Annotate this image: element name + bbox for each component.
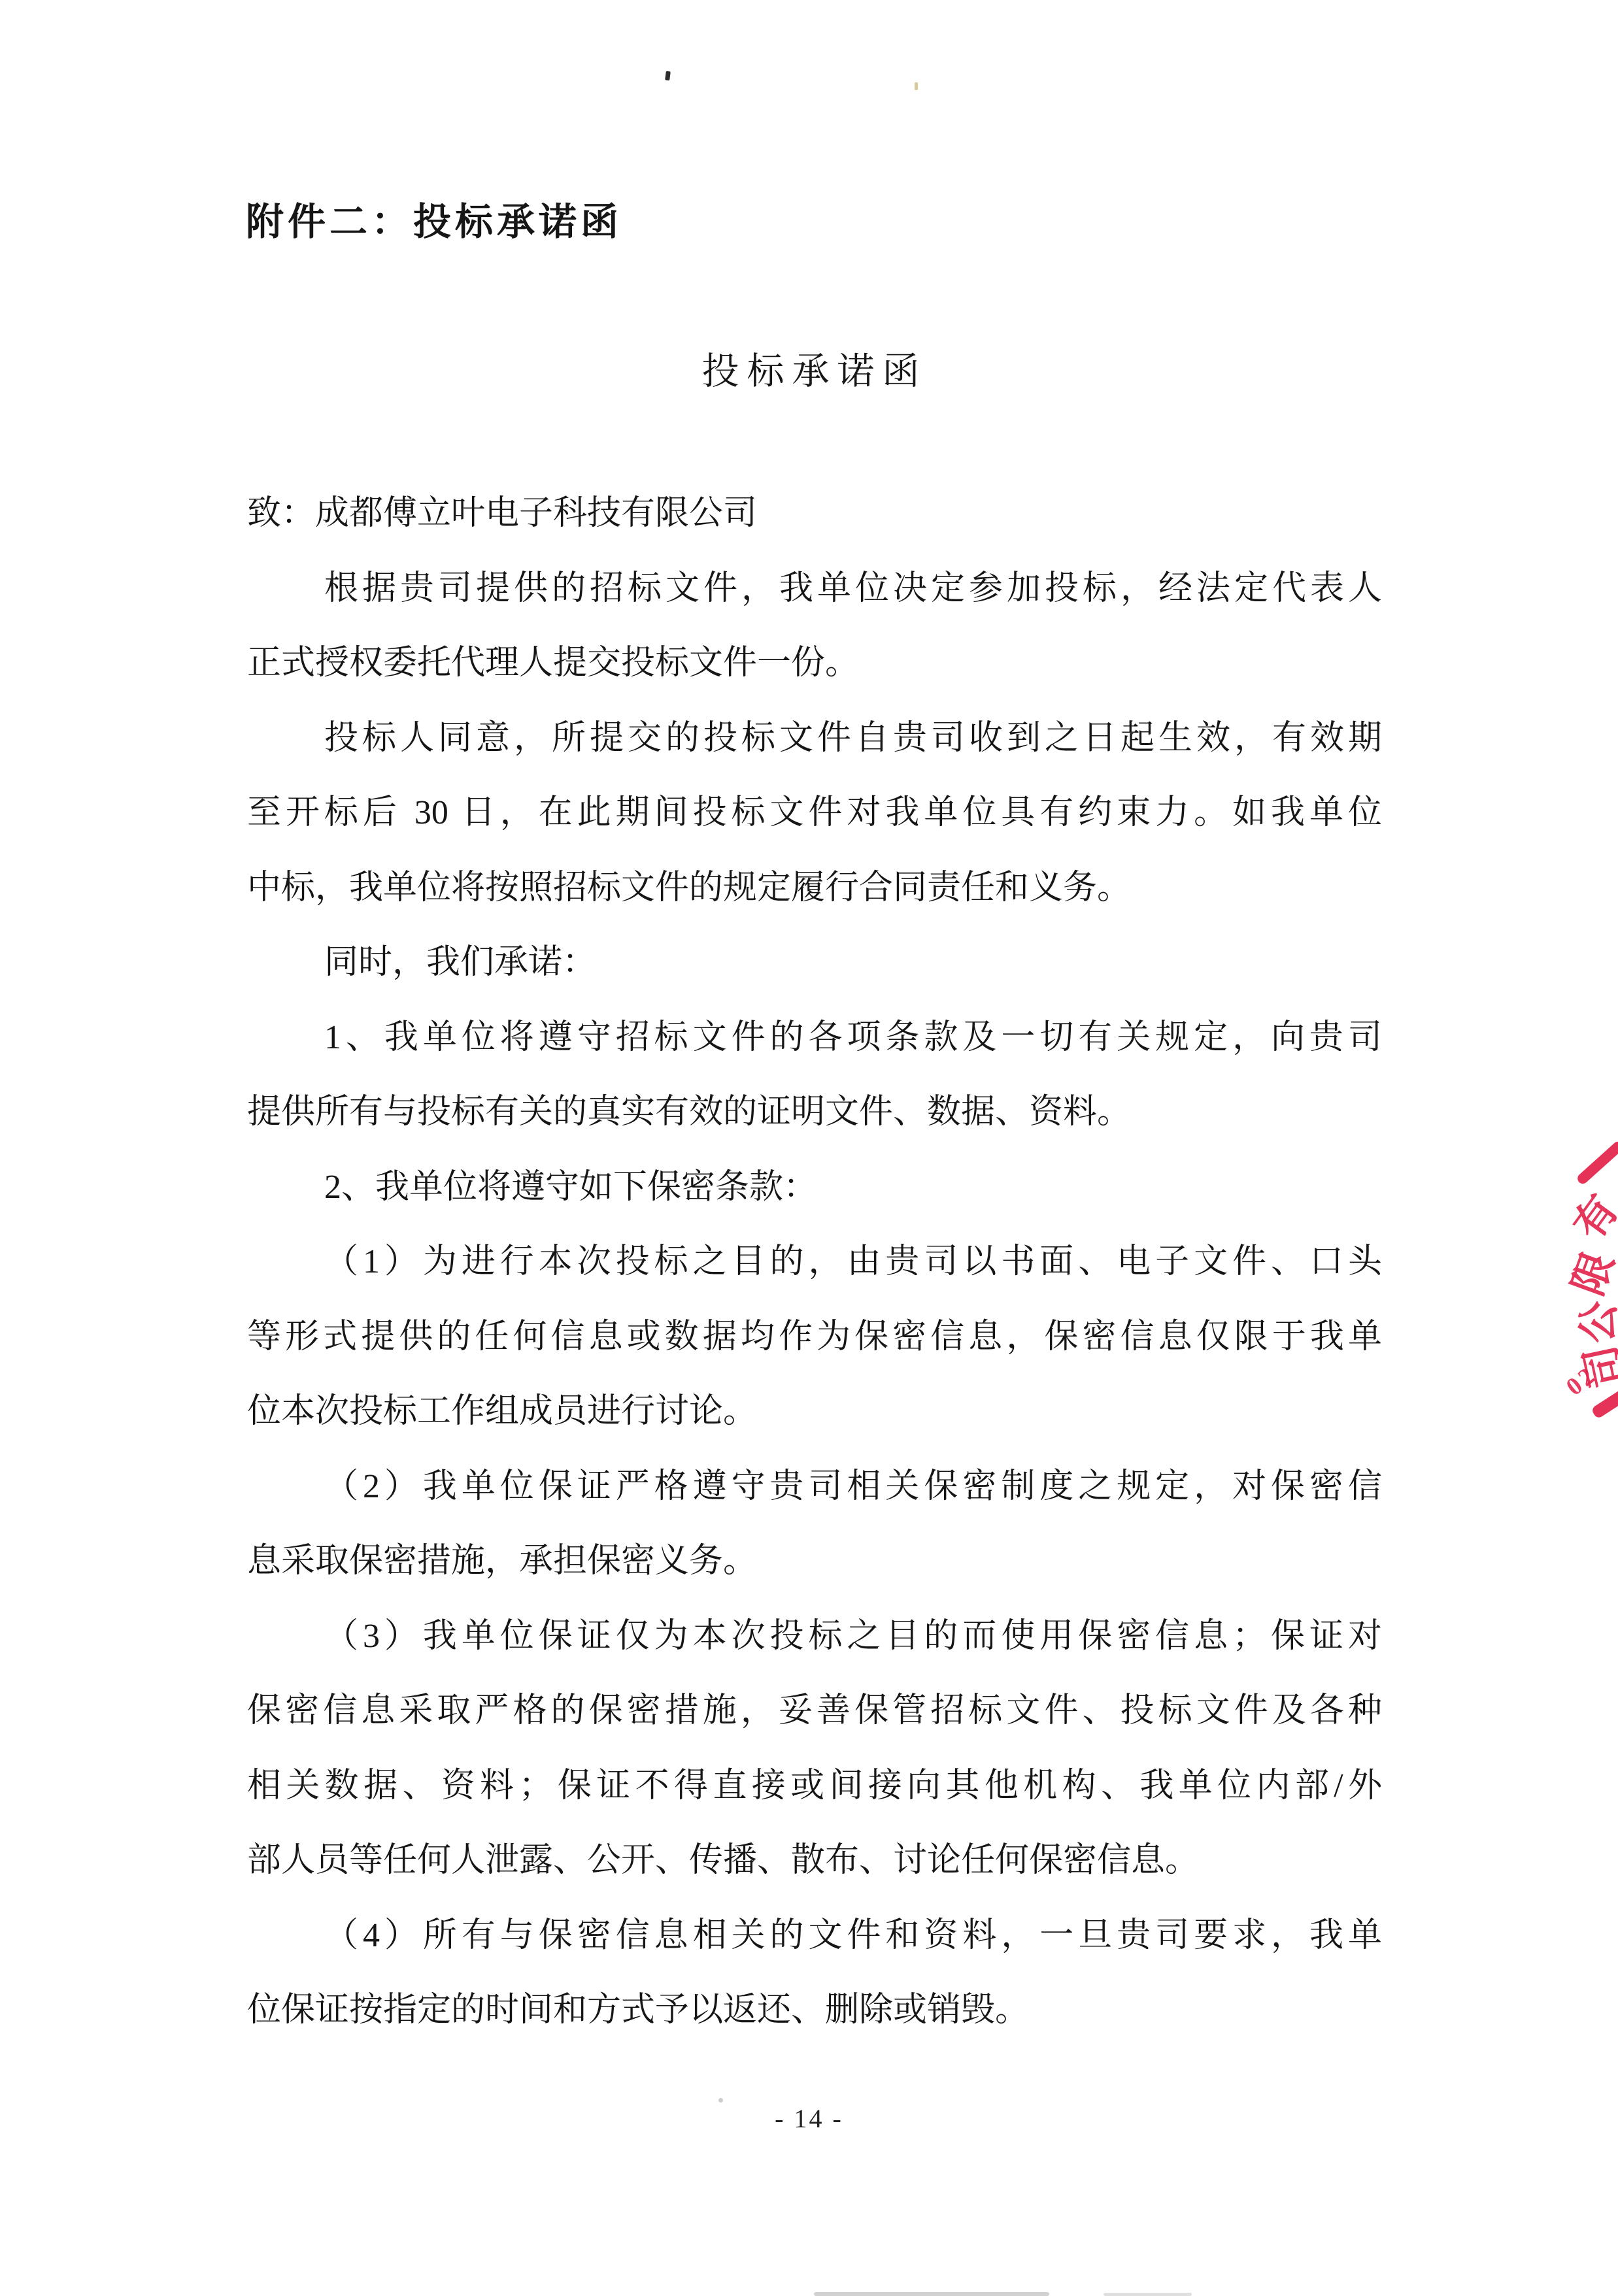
stamp-character: 有 xyxy=(1567,1188,1618,1246)
letter-title: 投标承诺函 xyxy=(247,341,1382,395)
body-line: （4）所有与保密信息相关的文件和资料，一旦贵司要求，我单 xyxy=(247,1899,1382,1974)
scan-smudge xyxy=(814,2292,1049,2296)
scan-speck xyxy=(915,82,918,90)
body-line: 投标人同意，所提交的投标文件自贵司收到之日起生效，有效期 xyxy=(247,701,1382,776)
scanned-document-page: 附件二：投标承诺函 投标承诺函 致：成都傅立叶电子科技有限公司根据贵司提供的招标… xyxy=(0,0,1618,2296)
body-line: 等形式提供的任何信息或数据均作为保密信息，保密信息仅限于我单 xyxy=(247,1300,1382,1375)
attachment-heading: 附件二：投标承诺函 xyxy=(246,191,622,246)
stamp-character: 司 xyxy=(1579,1342,1618,1391)
body-line: （3）我单位保证仅为本次投标之目的而使用保密信息；保证对 xyxy=(247,1599,1382,1674)
body-line: 正式授权委托代理人提交投标文件一份。 xyxy=(247,626,1382,701)
body-line: 2、我单位将遵守如下保密条款： xyxy=(247,1150,1382,1225)
body-line: 位本次投标工作组成员进行讨论。 xyxy=(247,1374,1382,1450)
body-line: （1）为进行本次投标之目的，由贵司以书面、电子文件、口头 xyxy=(247,1225,1382,1300)
body-line: 部人员等任何人泄露、公开、传播、散布、讨论任何保密信息。 xyxy=(247,1823,1382,1899)
body-line: 根据贵司提供的招标文件，我单位决定参加投标，经法定代表人 xyxy=(247,552,1382,627)
page-number: - 14 - xyxy=(0,2103,1618,2134)
body-line: 位保证按指定的时间和方式予以返还、删除或销毁。 xyxy=(247,1973,1382,2048)
scan-speck xyxy=(718,2098,723,2103)
body-line: 1、我单位将遵守招标文件的各项条款及一切有关规定，向贵司 xyxy=(247,1001,1382,1076)
body-line: 相关数据、资料；保证不得直接或间接向其他机构、我单位内部/外 xyxy=(247,1749,1382,1824)
scan-smudge xyxy=(1104,2293,1192,2296)
stamp-character: 限 xyxy=(1567,1247,1618,1301)
stamp-digits: 02 xyxy=(1560,1361,1602,1402)
body-line: 中标，我单位将按照招标文件的规定履行合同责任和义务。 xyxy=(247,851,1382,926)
body-line: （2）我单位保证严格遵守贵司相关保密制度之规定，对保密信 xyxy=(247,1450,1382,1525)
body-line: 致：成都傅立叶电子科技有限公司 xyxy=(247,476,1382,552)
stamp-stroke xyxy=(1576,1140,1618,1186)
scan-speck xyxy=(665,71,671,81)
stamp-character: 公 xyxy=(1577,1300,1618,1344)
body-line: 息采取保密措施，承担保密义务。 xyxy=(247,1524,1382,1599)
body-line: 至开标后 30 日，在此期间投标文件对我单位具有约束力。如我单位 xyxy=(247,776,1382,851)
letter-body: 致：成都傅立叶电子科技有限公司根据贵司提供的招标文件，我单位决定参加投标，经法定… xyxy=(247,476,1382,2048)
body-line: 同时，我们承诺： xyxy=(247,925,1382,1001)
company-seal-stamp-fragment: 有限公司02 xyxy=(1556,1134,1618,1428)
stamp-stroke xyxy=(1591,1381,1618,1419)
body-line: 保密信息采取严格的保密措施，妥善保管招标文件、投标文件及各种 xyxy=(247,1674,1382,1749)
body-line: 提供所有与投标有关的真实有效的证明文件、数据、资料。 xyxy=(247,1075,1382,1150)
